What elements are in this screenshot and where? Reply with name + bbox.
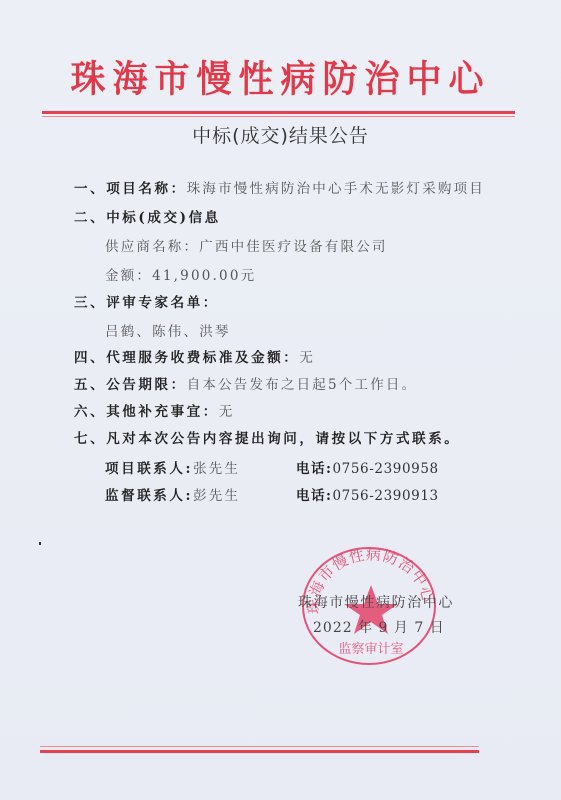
contact-project: 项目联系人:张先生 bbox=[105, 457, 240, 477]
scan-speck bbox=[39, 542, 41, 545]
letterhead-rule-thin bbox=[42, 116, 515, 117]
expert-names: 吕鹤、陈伟、洪琴 bbox=[105, 320, 231, 340]
letterhead-rule-thick bbox=[42, 111, 515, 114]
phone-number: 0756-2390913 bbox=[332, 488, 438, 504]
section-label: 三、评审专家名单： bbox=[74, 295, 219, 311]
section-award-info: 二、中标(成交)信息 bbox=[74, 206, 221, 226]
contact-project-phone: 电话:0756-2390958 bbox=[296, 457, 439, 477]
document-page: 珠海市慢性病防治中心 中标(成交)结果公告 一、项目名称：珠海市慢性病防治中心手… bbox=[0, 0, 561, 800]
document-title: 中标(成交)结果公告 bbox=[0, 121, 561, 148]
signature-organization: 珠海市慢性病防治中心 bbox=[298, 592, 454, 612]
contact-supervision-phone: 电话:0756-2390913 bbox=[296, 484, 439, 504]
section-inquiry: 七、凡对本次公告内容提出询问，请按以下方式联系。 bbox=[74, 427, 460, 447]
section-project-name: 一、项目名称：珠海市慢性病防治中心手术无影灯采购项目 bbox=[74, 177, 485, 197]
section-experts: 三、评审专家名单： bbox=[74, 291, 219, 311]
phone-number: 0756-2390958 bbox=[332, 461, 438, 477]
section-value: 无 bbox=[219, 404, 235, 420]
supplier-name-text: 供应商名称：广西中佳医疗设备有限公司 bbox=[105, 239, 388, 255]
award-amount: 金额：41,900.00元 bbox=[105, 264, 256, 284]
section-label: 一、项目名称： bbox=[74, 181, 187, 197]
contact-label: 项目联系人: bbox=[105, 461, 193, 477]
section-other-matters: 六、其他补充事宜：无 bbox=[74, 400, 235, 420]
stamp-bottom-text: 监察审计室 bbox=[338, 641, 403, 657]
phone-label: 电话: bbox=[296, 461, 332, 477]
expert-names-text: 吕鹤、陈伟、洪琴 bbox=[105, 324, 231, 340]
contact-supervision: 监督联系人:彭先生 bbox=[105, 484, 240, 504]
section-notice-period: 五、公告期限：自本公告发布之日起5个工作日。 bbox=[74, 373, 417, 393]
contact-name: 彭先生 bbox=[193, 488, 240, 504]
section-label: 二、中标(成交)信息 bbox=[74, 210, 221, 226]
section-agency-fee: 四、代理服务收费标准及金额：无 bbox=[74, 346, 315, 366]
section-label: 四、代理服务收费标准及金额： bbox=[74, 350, 299, 366]
section-label: 五、公告期限： bbox=[74, 377, 187, 393]
supplier-name: 供应商名称：广西中佳医疗设备有限公司 bbox=[105, 235, 388, 255]
footer-rule-thick bbox=[40, 750, 479, 753]
footer-rule-thin bbox=[40, 746, 479, 747]
section-value: 自本公告发布之日起5个工作日。 bbox=[187, 377, 418, 393]
section-value: 珠海市慢性病防治中心手术无影灯采购项目 bbox=[187, 181, 485, 197]
contact-name: 张先生 bbox=[193, 461, 240, 477]
award-amount-text: 金额：41,900.00元 bbox=[105, 268, 256, 284]
phone-label: 电话: bbox=[296, 488, 332, 504]
section-label: 七、凡对本次公告内容提出询问，请按以下方式联系。 bbox=[74, 431, 460, 447]
letterhead-organization: 珠海市慢性病防治中心 bbox=[0, 51, 561, 104]
signature-date: 2022 年 9 月 7 日 bbox=[313, 617, 445, 637]
section-value: 无 bbox=[299, 350, 315, 366]
section-label: 六、其他补充事宜： bbox=[74, 404, 219, 420]
contact-label: 监督联系人: bbox=[105, 488, 193, 504]
